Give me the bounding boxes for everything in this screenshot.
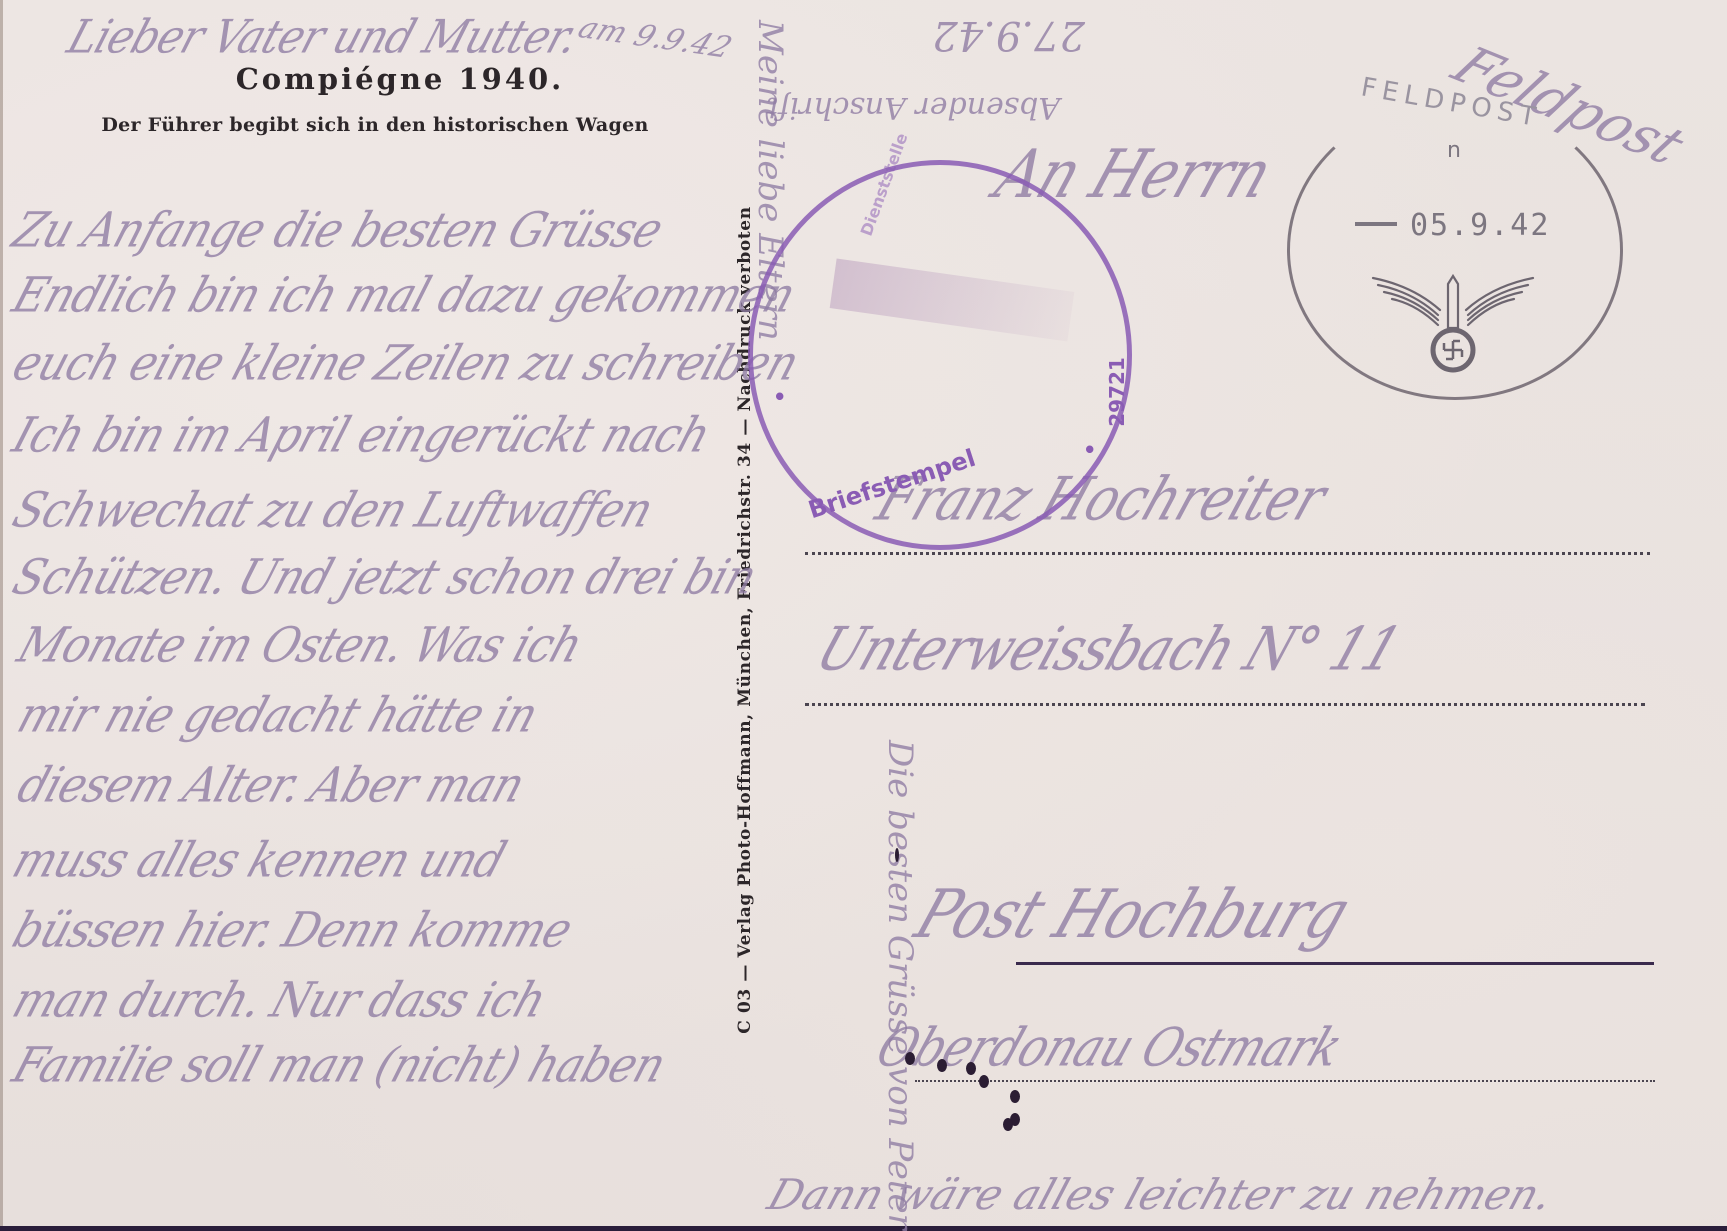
censor-stamp-dot-right: •: [1083, 438, 1096, 462]
ink-dot: [905, 1052, 915, 1065]
ink-dot: [895, 848, 899, 862]
printed-subtitle: Der Führer begibt sich in den historisch…: [60, 114, 690, 136]
censor-stamp-number: 29721: [1105, 357, 1129, 427]
ink-dot: [979, 1075, 989, 1088]
censor-stamp: [748, 160, 1132, 550]
handwriting-message-line: Schützen. Und jetzt schon drei bin: [6, 549, 763, 605]
handwriting-message-line: Endlich bin ich mal dazu gekommen: [6, 267, 802, 323]
handwriting-message-line: euch eine kleine Zeilen zu schreiben: [6, 335, 805, 391]
address-street: Unterweissbach N° 11: [807, 616, 1409, 685]
postmark-dash: [1355, 222, 1397, 226]
handwriting-date-right: 27.9.42: [932, 12, 1085, 58]
ink-dot: [1003, 1118, 1013, 1131]
address-line-3: [1016, 962, 1654, 965]
handwriting-message-line: mir nie gedacht hätte in: [11, 687, 544, 743]
ink-dot: [966, 1062, 976, 1075]
handwriting-message-line: muss alles kennen und: [6, 832, 512, 888]
printed-title: Compiégne 1940.: [150, 62, 650, 96]
handwriting-message-line: diesem Alter. Aber man: [11, 757, 531, 813]
card-left-edge: [0, 0, 3, 1231]
address-line-2: [805, 703, 1645, 706]
postmark-letter: n: [1447, 138, 1461, 163]
handwriting-message-line: Zu Anfange die besten Grüsse: [6, 202, 669, 258]
ink-dot: [937, 1059, 947, 1072]
handwriting-vertical-note-2: Die besten Grüsse von Peter: [880, 740, 920, 1230]
handwriting-greeting: Lieber Vater und Mutter.: [61, 10, 584, 64]
card-bottom-edge: [0, 1226, 1727, 1231]
address-line-4: [915, 1080, 1655, 1082]
censor-stamp-dot-left: •: [773, 385, 786, 409]
handwriting-message-line: Familie soll man (nicht) haben: [6, 1037, 672, 1093]
handwriting-message-line: büssen hier. Denn komme: [6, 902, 578, 958]
ink-dot: [1010, 1090, 1020, 1103]
handwriting-message-line: Monate im Osten. Was ich: [11, 617, 589, 673]
address-line-1: [805, 552, 1650, 555]
address-post-office: Post Hochburg: [906, 875, 1359, 953]
postmark-date: 05.9.42: [1410, 208, 1550, 243]
handwriting-message-line: Ich bin im April eingerückt nach: [6, 407, 717, 463]
handwriting-message-line: Schwechat zu den Luftwaffen: [6, 482, 659, 538]
handwriting-sender-note: Absender Anschrift: [766, 90, 1060, 125]
eagle-emblem-icon: [1368, 268, 1538, 380]
handwriting-message-line: man durch. Nur dass ich: [6, 972, 552, 1028]
handwriting-bottom-line: Dann wäre alles leichter zu nehmen.: [762, 1170, 1559, 1219]
